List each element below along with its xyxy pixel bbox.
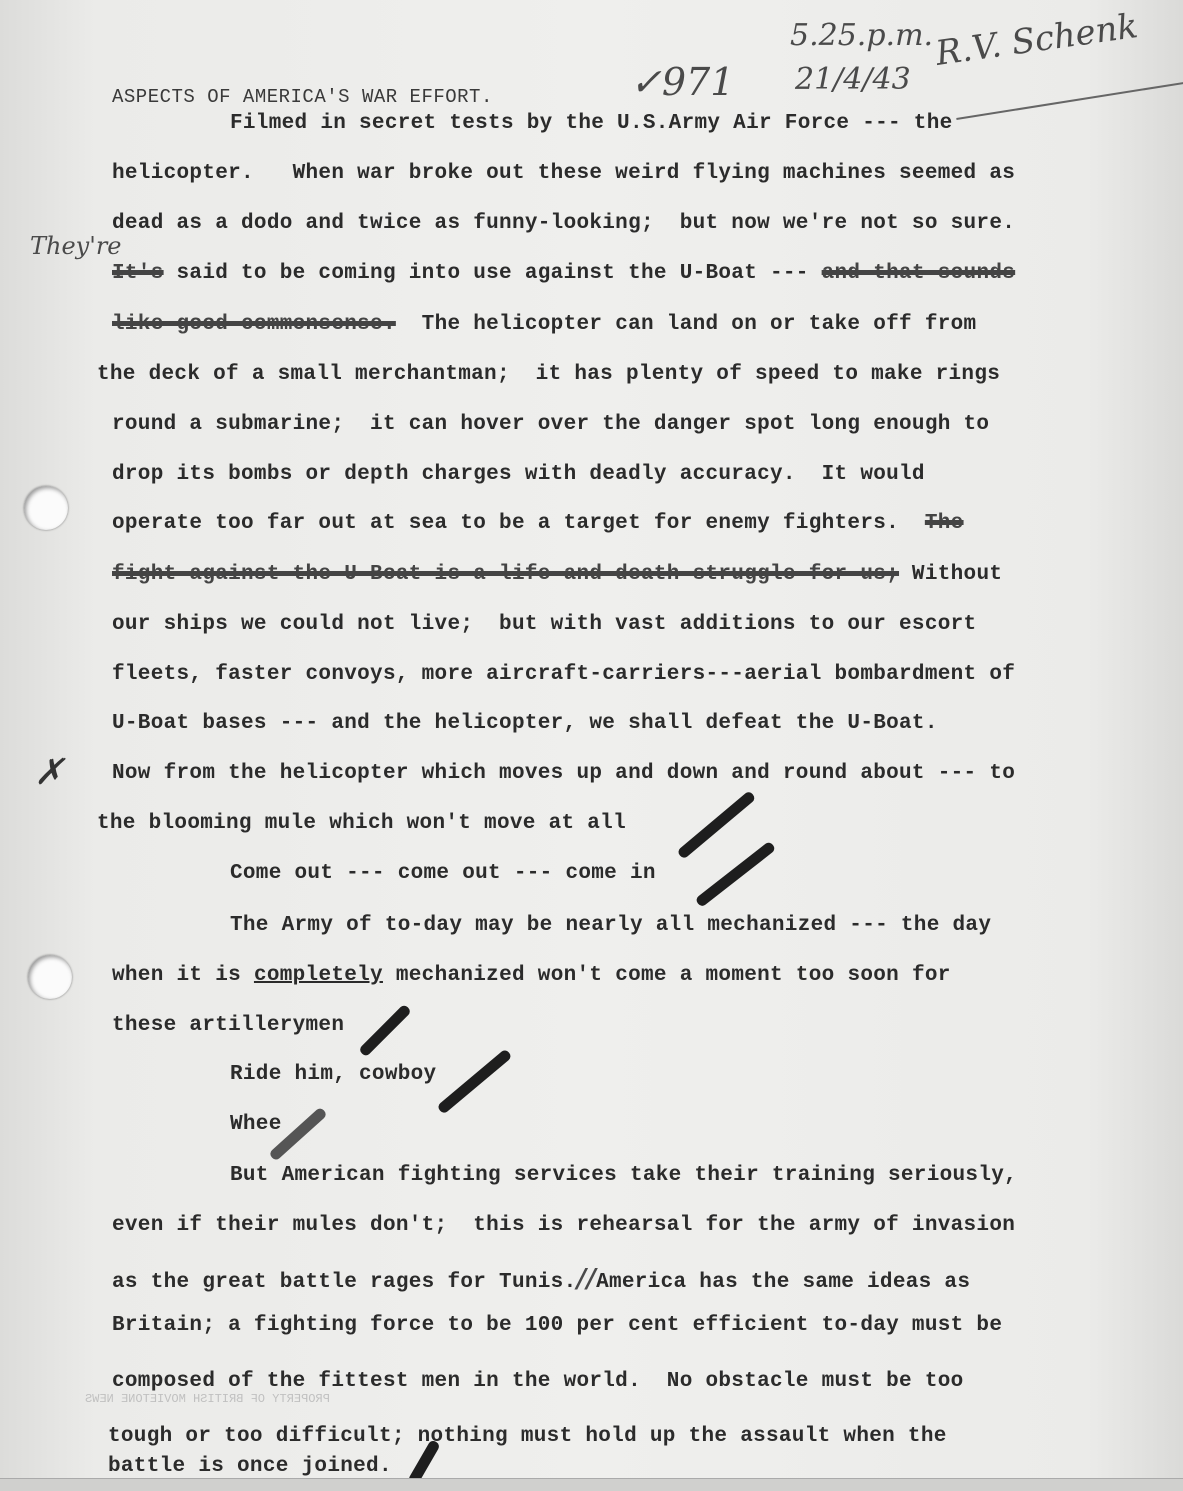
- paragraph-break-mark: //: [576, 1264, 596, 1294]
- text-line: battle is once joined.: [108, 1455, 392, 1478]
- punch-hole: [24, 486, 68, 530]
- underlined-word: completely: [254, 964, 383, 987]
- signature-rule: [956, 82, 1183, 120]
- text-line: our ships we could not live; but with va…: [112, 613, 976, 636]
- text-line: like good commonsense. The helicopter ca…: [112, 313, 976, 336]
- text-line: fleets, faster convoys, more aircraft-ca…: [112, 663, 1015, 686]
- text-line: the deck of a small merchantman; it has …: [97, 363, 1000, 386]
- text-line: Whee: [230, 1113, 282, 1136]
- margin-mark: ✗: [34, 752, 64, 793]
- document-title: ASPECTS OF AMERICA'S WAR EFFORT.: [112, 86, 493, 108]
- struck-text: and that sounds: [822, 262, 1016, 285]
- struck-text: like good commonsense.: [112, 313, 396, 336]
- text-line: dead as a dodo and twice as funny-lookin…: [112, 212, 1015, 235]
- time-annotation: 5.25.p.m.: [790, 18, 933, 53]
- text-line: Now from the helicopter which moves up a…: [112, 762, 1015, 785]
- text-line: U-Boat bases --- and the helicopter, we …: [112, 712, 938, 735]
- text-line: when it is completely mechanized won't c…: [112, 964, 951, 987]
- text-line: tough or too difficult; nothing must hol…: [108, 1425, 947, 1448]
- text-line: these artillerymen: [112, 1014, 344, 1037]
- struck-text: It's: [112, 262, 164, 285]
- text-line: the blooming mule which won't move at al…: [97, 812, 626, 835]
- signature-annotation: R.V. Schenk: [933, 6, 1140, 74]
- struck-text: The: [925, 512, 964, 535]
- cut-mark: [358, 1004, 412, 1058]
- reference-number-annotation: ✓971: [630, 60, 734, 104]
- punch-hole: [28, 955, 72, 999]
- cut-mark: [676, 790, 756, 859]
- text-line: The Army of to-day may be nearly all mec…: [230, 914, 991, 937]
- page-bottom-edge: [0, 1478, 1183, 1491]
- text-line: drop its bombs or depth charges with dea…: [112, 463, 925, 486]
- text-line: Filmed in secret tests by the U.S.Army A…: [230, 112, 953, 135]
- cut-mark: [436, 1048, 512, 1114]
- text-line: even if their mules don't; this is rehea…: [112, 1214, 1015, 1237]
- text-line: round a submarine; it can hover over the…: [112, 413, 989, 436]
- document-page: ASPECTS OF AMERICA'S WAR EFFORT. ✓971 5.…: [0, 0, 1183, 1491]
- text-line: fight against the U-Boat is a life and d…: [112, 563, 1002, 586]
- text-line: Britain; a fighting force to be 100 per …: [112, 1314, 1002, 1337]
- cut-mark: [695, 841, 777, 908]
- struck-text: fight against the U-Boat is a life and d…: [112, 563, 899, 586]
- text-line: Come out --- come out --- come in: [230, 862, 656, 885]
- text-line: It's said to be coming into use against …: [112, 262, 1015, 285]
- text-line: composed of the fittest men in the world…: [112, 1370, 964, 1393]
- text-line: helicopter. When war broke out these wei…: [112, 162, 1015, 185]
- text-line: But American fighting services take thei…: [230, 1164, 1017, 1187]
- text-line: Ride him, cowboy: [230, 1063, 436, 1086]
- text-line: as the great battle rages for Tunis.//Am…: [112, 1264, 970, 1294]
- date-annotation: 21/4/43: [795, 62, 911, 97]
- bleed-through-text: PROPERTY OF BRITISH MOVIETONE NEWS: [85, 1392, 330, 1406]
- insertion-annotation: They're: [30, 232, 122, 260]
- text-line: operate too far out at sea to be a targe…: [112, 512, 964, 535]
